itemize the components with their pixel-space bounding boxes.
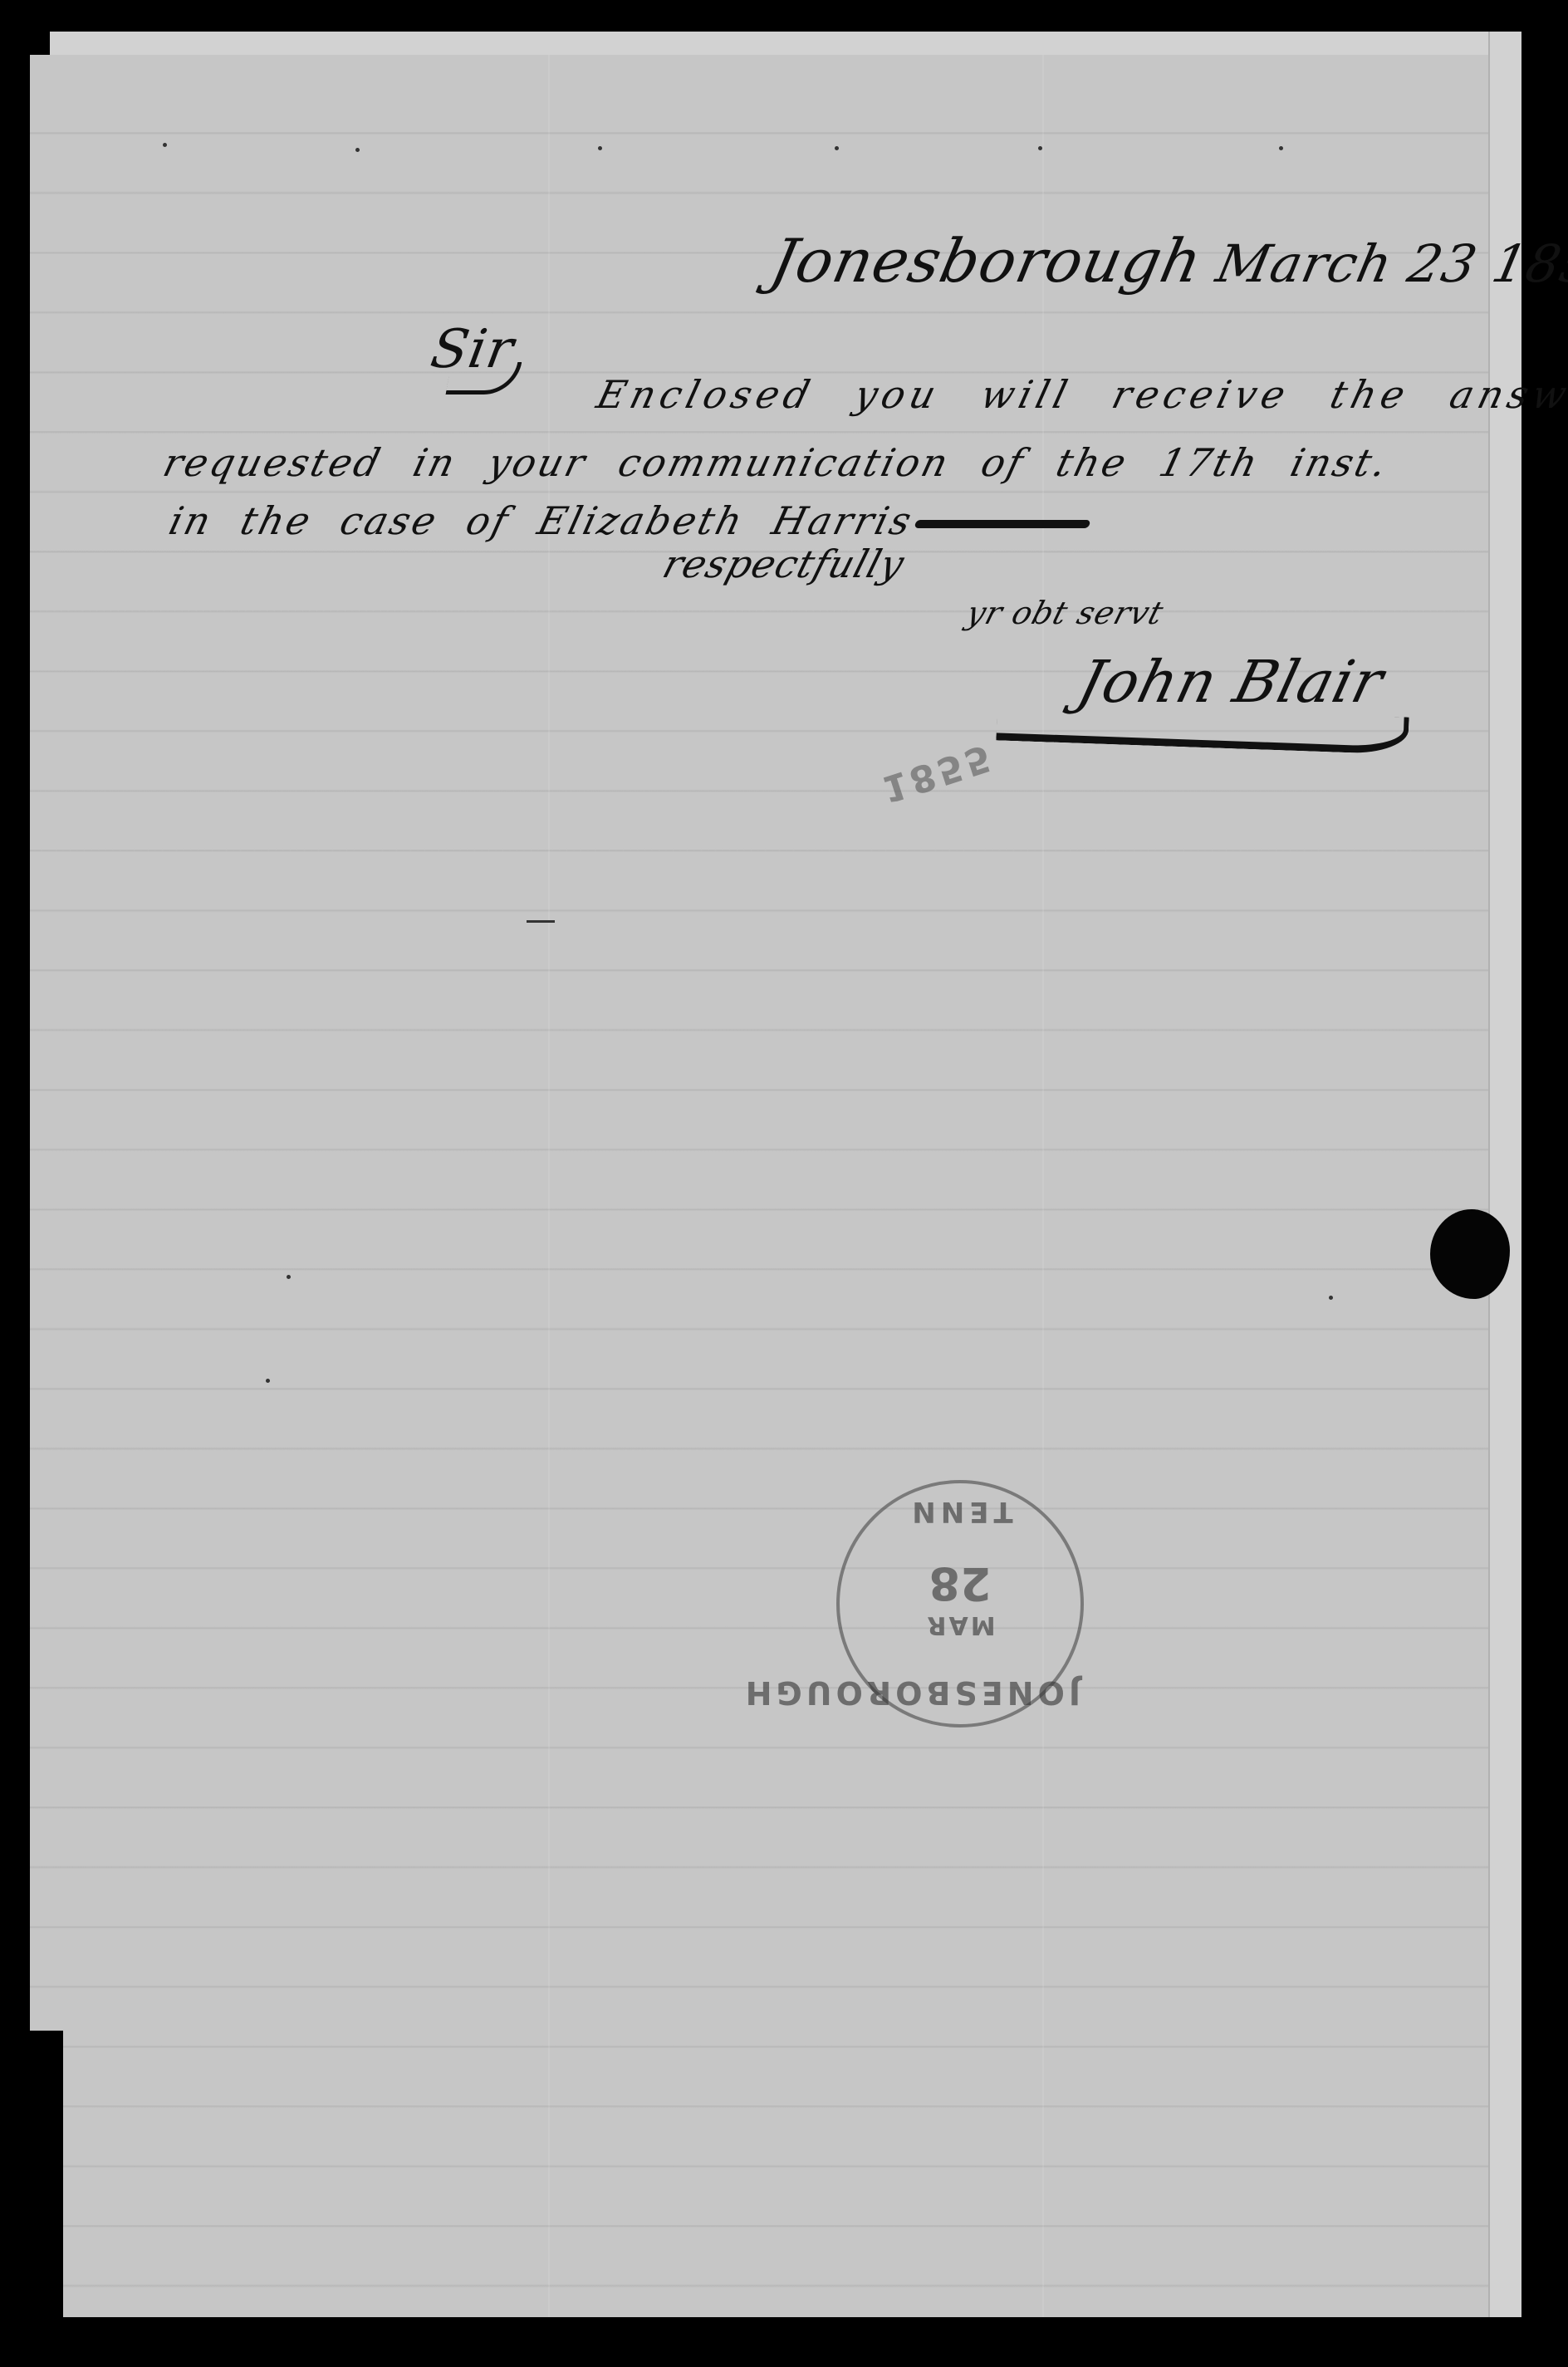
paper-speck <box>835 146 839 150</box>
line-flourish <box>914 520 1090 528</box>
postmark-month: MAR <box>840 1610 1080 1639</box>
torn-edge <box>28 2031 63 2330</box>
paper-speck <box>287 1275 291 1279</box>
signature: John Blair <box>1071 648 1390 716</box>
complimentary-close: respectfully <box>658 542 909 586</box>
pen-mark <box>527 920 555 923</box>
servant-line: yr obt servt <box>963 595 1169 631</box>
salutation: Sir <box>426 319 518 380</box>
paper-speck <box>266 1379 270 1383</box>
body-line-2: requested in your communication of the 1… <box>159 440 1394 485</box>
dateline: Jonesborough March 23 1855 <box>765 226 1568 296</box>
paper-speck <box>1038 146 1042 150</box>
fold-crease <box>548 55 550 2317</box>
body-line-1: Enclosed you will receive the answer <box>592 372 1568 417</box>
ink-blot <box>1430 1209 1510 1299</box>
postmark-stamp: JONESBOROUGH MAR 28 TENN <box>836 1480 1084 1727</box>
body-line-3-text: in the case of Elizabeth Harris <box>164 498 918 543</box>
body-line-3: in the case of Elizabeth Harris <box>164 498 1095 543</box>
postmark-town: JONESBOROUGH <box>840 1674 1080 1711</box>
paper-speck <box>598 146 602 150</box>
paper-speck <box>355 148 360 152</box>
paper-speck <box>1279 146 1283 150</box>
paper-speck <box>1329 1296 1333 1300</box>
postmark-state: TENN <box>840 1495 1080 1528</box>
dateline-date: March 23 1855 <box>1211 233 1568 294</box>
paper-speck <box>163 143 167 147</box>
postmark-day: 28 <box>840 1557 1080 1610</box>
dateline-place: Jonesborough <box>765 226 1208 296</box>
